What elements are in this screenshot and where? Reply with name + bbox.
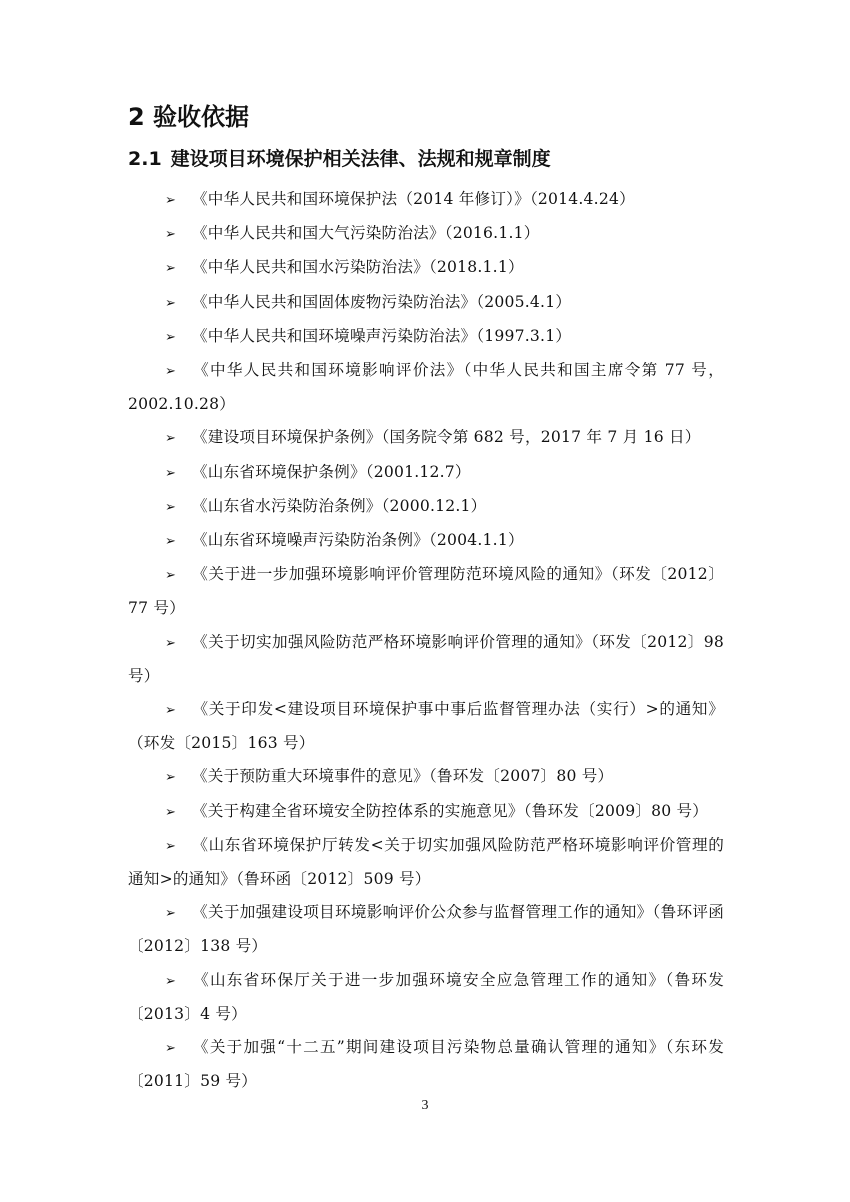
regulation-list: ➢《中华人民共和国环境保护法（2014 年修订）》（2014.4.24） ➢《中… [128, 183, 724, 1098]
arrow-bullet-icon: ➢ [165, 1032, 192, 1065]
arrow-bullet-icon: ➢ [165, 422, 192, 455]
arrow-bullet-icon: ➢ [165, 761, 192, 794]
list-item-text: 《中华人民共和国环境影响评价法》（中华人民共和国主席令第 77 号，2002.1… [128, 361, 724, 413]
arrow-bullet-icon: ➢ [165, 184, 192, 217]
list-item: ➢《山东省水污染防治条例》（2000.12.1） [128, 490, 724, 524]
list-item-text: 《关于加强“十二五”期间建设项目污染物总量确认管理的通知》（东环发〔2011〕5… [128, 1038, 724, 1090]
list-item-text: 《关于预防重大环境事件的意见》（鲁环发〔2007〕80 号） [192, 767, 613, 785]
list-item: ➢《中华人民共和国环境影响评价法》（中华人民共和国主席令第 77 号，2002.… [128, 354, 724, 421]
chapter-heading: 2 验收依据 [128, 100, 249, 134]
list-item: ➢《关于加强建设项目环境影响评价公众参与监督管理工作的通知》（鲁环评函〔2012… [128, 896, 724, 963]
list-item: ➢《中华人民共和国大气污染防治法》（2016.1.1） [128, 217, 724, 251]
arrow-bullet-icon: ➢ [165, 897, 192, 930]
list-item: ➢《建设项目环境保护条例》（国务院令第 682 号，2017 年 7 月 16 … [128, 421, 724, 455]
list-item: ➢《山东省环境保护条例》（2001.12.7） [128, 456, 724, 490]
arrow-bullet-icon: ➢ [165, 559, 192, 592]
list-item-text: 《山东省环境保护条例》（2001.12.7） [192, 463, 471, 481]
arrow-bullet-icon: ➢ [165, 830, 192, 863]
list-item-text: 《关于进一步加强环境影响评价管理防范环境风险的通知》（环发〔2012〕77 号） [128, 565, 724, 617]
arrow-bullet-icon: ➢ [165, 796, 192, 829]
arrow-bullet-icon: ➢ [165, 525, 192, 558]
arrow-bullet-icon: ➢ [165, 965, 192, 998]
list-item-text: 《山东省水污染防治条例》（2000.12.1） [192, 497, 486, 515]
list-item: ➢《山东省环保厅关于进一步加强环境安全应急管理工作的通知》（鲁环发〔2013〕4… [128, 964, 724, 1031]
page-number: 3 [0, 1098, 850, 1114]
arrow-bullet-icon: ➢ [165, 321, 192, 354]
arrow-bullet-icon: ➢ [165, 218, 192, 251]
list-item-text: 《中华人民共和国环境保护法（2014 年修订）》（2014.4.24） [192, 190, 635, 208]
section-heading: 2.1 建设项目环境保护相关法律、法规和规章制度 [128, 144, 551, 174]
list-item-text: 《山东省环境噪声污染防治条例》（2004.1.1） [192, 531, 524, 549]
arrow-bullet-icon: ➢ [165, 355, 192, 388]
list-item: ➢《关于进一步加强环境影响评价管理防范环境风险的通知》（环发〔2012〕77 号… [128, 558, 724, 625]
list-item-text: 《关于印发<建设项目环境保护事中事后监督管理办法（实行）>的通知》（环发〔201… [128, 700, 724, 752]
list-item: ➢《中华人民共和国固体废物污染防治法》（2005.4.1） [128, 286, 724, 320]
list-item-text: 《中华人民共和国固体废物污染防治法》（2005.4.1） [192, 293, 571, 311]
list-item-text: 《关于加强建设项目环境影响评价公众参与监督管理工作的通知》（鲁环评函〔2012〕… [128, 903, 724, 955]
arrow-bullet-icon: ➢ [165, 252, 192, 285]
list-item-text: 《关于切实加强风险防范严格环境影响评价管理的通知》（环发〔2012〕98 号） [128, 633, 724, 685]
list-item: ➢《中华人民共和国环境保护法（2014 年修订）》（2014.4.24） [128, 183, 724, 217]
list-item-text: 《关于构建全省环境安全防控体系的实施意见》（鲁环发〔2009〕80 号） [192, 802, 708, 820]
arrow-bullet-icon: ➢ [165, 694, 192, 727]
list-item-text: 《中华人民共和国环境噪声污染防治法》（1997.3.1） [192, 327, 571, 345]
list-item: ➢《中华人民共和国水污染防治法》（2018.1.1） [128, 251, 724, 285]
list-item-text: 《中华人民共和国大气污染防治法》（2016.1.1） [192, 224, 540, 242]
list-item: ➢《关于加强“十二五”期间建设项目污染物总量确认管理的通知》（东环发〔2011〕… [128, 1031, 724, 1098]
list-item: ➢《关于切实加强风险防范严格环境影响评价管理的通知》（环发〔2012〕98 号） [128, 626, 724, 693]
list-item: ➢《中华人民共和国环境噪声污染防治法》（1997.3.1） [128, 320, 724, 354]
arrow-bullet-icon: ➢ [165, 457, 192, 490]
arrow-bullet-icon: ➢ [165, 287, 192, 320]
list-item: ➢《关于预防重大环境事件的意见》（鲁环发〔2007〕80 号） [128, 760, 724, 794]
list-item-text: 《山东省环保厅关于进一步加强环境安全应急管理工作的通知》（鲁环发〔2013〕4 … [128, 971, 724, 1023]
list-item: ➢《山东省环境噪声污染防治条例》（2004.1.1） [128, 524, 724, 558]
list-item-text: 《中华人民共和国水污染防治法》（2018.1.1） [192, 258, 524, 276]
list-item-text: 《建设项目环境保护条例》（国务院令第 682 号，2017 年 7 月 16 日… [192, 428, 701, 446]
section-number: 2.1 [128, 144, 164, 174]
arrow-bullet-icon: ➢ [165, 491, 192, 524]
list-item-text: 《山东省环境保护厅转发<关于切实加强风险防范严格环境影响评价管理的通知>的通知》… [128, 836, 724, 888]
list-item: ➢《关于印发<建设项目环境保护事中事后监督管理办法（实行）>的通知》（环发〔20… [128, 693, 724, 760]
section-title: 建设项目环境保护相关法律、法规和规章制度 [171, 148, 551, 170]
arrow-bullet-icon: ➢ [165, 627, 192, 660]
list-item: ➢《关于构建全省环境安全防控体系的实施意见》（鲁环发〔2009〕80 号） [128, 795, 724, 829]
list-item: ➢《山东省环境保护厅转发<关于切实加强风险防范严格环境影响评价管理的通知>的通知… [128, 829, 724, 896]
